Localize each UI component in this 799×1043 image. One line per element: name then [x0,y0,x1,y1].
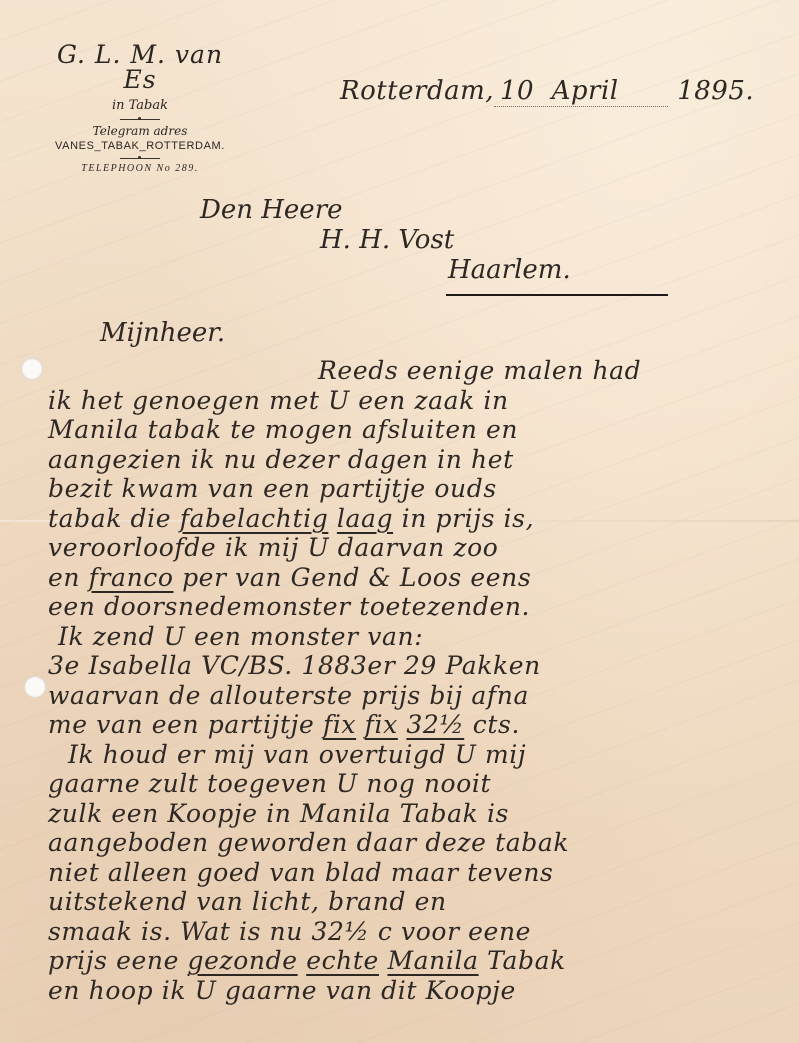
line-text: een doorsnedemonster toetezenden. [48,592,530,621]
telegram-address: VANES_TABAK_ROTTERDAM. [40,140,240,152]
date-day: 10 [500,76,534,106]
underlined-text: fix [365,710,398,739]
salutation: Mijnheer. [100,318,225,348]
company-trade: in Tabak [40,98,240,113]
letter-line: gaarne zult toegeven U nog nooit [48,769,491,798]
line-text [356,710,365,739]
ornament-divider [120,119,160,120]
line-text: smaak is. Wat is nu 32½ c voor eene [48,917,531,946]
line-text [298,946,307,975]
recipient-line-1: Den Heere [200,195,343,225]
line-text: en hoop ik U gaarne van dit Koopje [48,976,516,1005]
line-text: waarvan de allouterste prijs bij afna [48,681,529,710]
line-text: Ik zend U een monster van: [58,622,423,651]
letter-line: 3e Isabella VC/BS. 1883er 29 Pakken [48,651,541,680]
line-text: aangeboden geworden daar deze tabak [48,828,569,857]
letter-line: en franco per van Gend & Loos eens [48,563,531,592]
underlined-text: 32½ [406,710,464,739]
ornament-divider [120,158,160,159]
line-text: cts. [464,710,520,739]
letter-line: niet alleen goed van blad maar tevens [48,858,553,887]
line-text: 3e Isabella VC/BS. 1883er 29 Pakken [48,651,541,680]
underlined-text: laag [337,504,393,533]
underlined-text: franco [89,563,174,592]
letter-line: waarvan de allouterste prijs bij afna [48,681,529,710]
letter-line: Manila tabak te mogen afsluiten en [48,415,518,444]
address-underline [446,294,668,296]
line-text: per van Gend & Loos eens [174,563,532,592]
line-text: aangezien ik nu dezer dagen in het [48,445,514,474]
line-text: niet alleen goed van blad maar tevens [48,858,553,887]
punch-hole [24,676,46,698]
underlined-text: gezonde [188,946,298,975]
line-text: en [48,563,89,592]
letter-line: zulk een Koopje in Manila Tabak is [48,799,509,828]
letter-line: uitstekend van licht, brand en [48,887,447,916]
letter-line: ik het genoegen met U een zaak in [48,386,509,415]
letter-line: aangeboden geworden daar deze tabak [48,828,569,857]
letter-line: Ik zend U een monster van: [58,622,423,651]
letter-line: Reeds eenige malen had [318,356,641,385]
underlined-text: fix [323,710,356,739]
punch-hole [21,358,43,380]
letter-line: en hoop ik U gaarne van dit Koopje [48,976,516,1005]
line-text [328,504,337,533]
company-name: G. L. M. van Es [40,42,240,92]
line-text: zulk een Koopje in Manila Tabak is [48,799,509,828]
date-month: April [552,76,619,106]
recipient-line-2: H. H. Vost [320,225,454,255]
line-text: bezit kwam van een partijtje ouds [48,474,497,503]
line-text: Tabak [479,946,566,975]
letter-line: tabak die fabelachtig laag in prijs is, [48,504,534,533]
line-text: me van een partijtje [48,710,323,739]
line-text: Manila tabak te mogen afsluiten en [48,415,518,444]
underlined-text: Manila [387,946,478,975]
line-text: prijs eene [48,946,188,975]
letter-line: smaak is. Wat is nu 32½ c voor eene [48,917,531,946]
date-year: 1895. [677,76,754,106]
underlined-text: echte [306,946,379,975]
underlined-text: fabelachtig [180,504,329,533]
telegram-label: Telegram adres [40,124,240,138]
line-text: veroorloofde ik mij U daarvan zoo [48,533,498,562]
line-text: ik het genoegen met U een zaak in [48,386,509,415]
letter-line: aangezien ik nu dezer dagen in het [48,445,514,474]
date-line: Rotterdam,10 April 1895. [340,76,754,107]
line-text: uitstekend van licht, brand en [48,887,447,916]
line-text: Reeds eenige malen had [318,356,641,385]
letter-line: prijs eene gezonde echte Manila Tabak [48,946,566,975]
telephone-number: TELEPHOON No 289. [40,163,240,174]
line-text: tabak die [48,504,180,533]
letter-line: bezit kwam van een partijtje ouds [48,474,497,503]
line-text: in prijs is, [393,504,534,533]
letterhead: G. L. M. van Es in Tabak Telegram adres … [40,42,240,174]
letter-line: veroorloofde ik mij U daarvan zoo [48,533,498,562]
date-place: Rotterdam, [340,76,494,106]
letter-line: me van een partijtje fix fix 32½ cts. [48,710,520,739]
letter-line: een doorsnedemonster toetezenden. [48,592,530,621]
line-text: gaarne zult toegeven U nog nooit [48,769,491,798]
recipient-line-3: Haarlem. [448,255,571,285]
letter-line: Ik houd er mij van overtuigd U mij [68,740,526,769]
line-text: Ik houd er mij van overtuigd U mij [68,740,526,769]
